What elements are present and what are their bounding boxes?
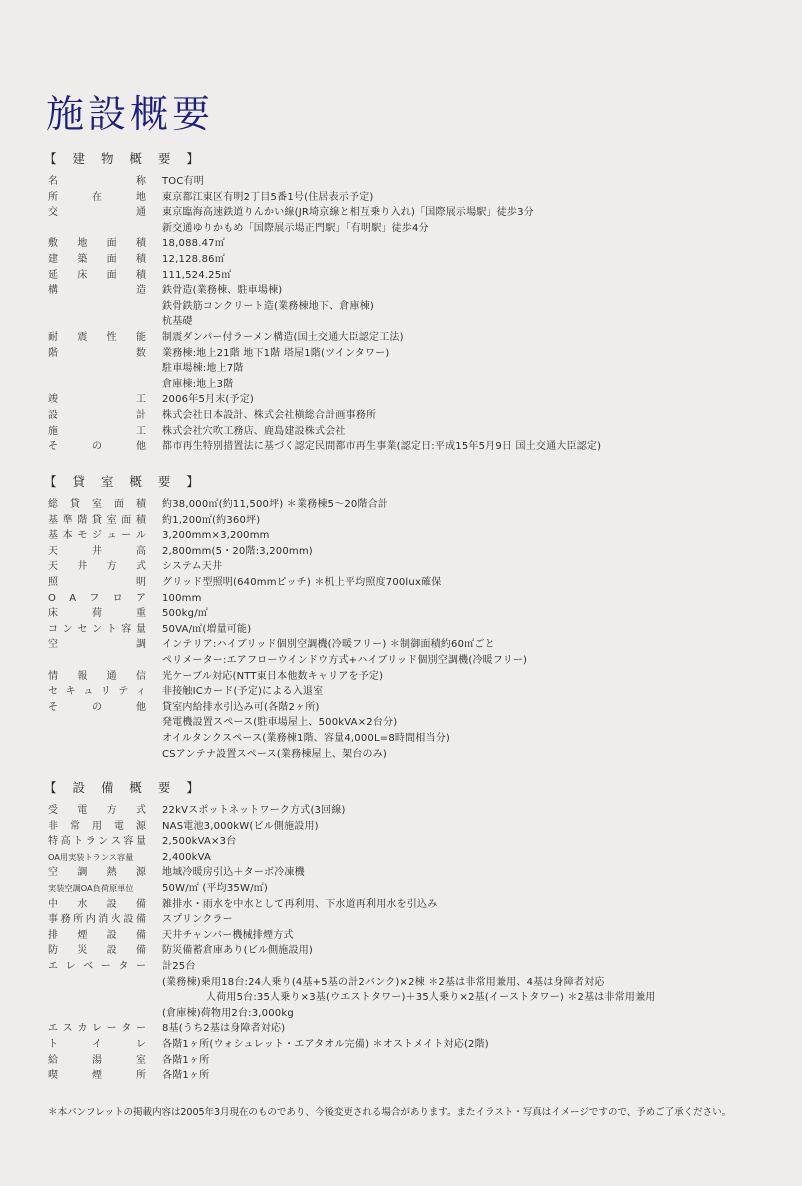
spec-label-char: 設 <box>107 897 117 913</box>
spec-label: OAフロア <box>44 591 146 607</box>
spec-label: 基準階貸室面積 <box>44 513 146 529</box>
spec-label-char: ジ <box>92 528 102 544</box>
spec-value: 株式会社日本設計、株式会社槇総合計画事務所 <box>162 408 376 424</box>
spec-label-char: 積 <box>136 268 146 284</box>
spec-label: 受電方式 <box>44 803 146 819</box>
spec-label-char: 面 <box>107 252 117 268</box>
spec-label-char: ル <box>136 528 146 544</box>
spec-label-char: 電 <box>77 803 87 819</box>
spec-label-char: 交 <box>48 205 58 221</box>
spec-label-text: OA用実装トランス容量 <box>48 850 133 866</box>
spec-label: OA用実装トランス容量 <box>44 850 146 866</box>
spec-label-char: コ <box>48 622 58 638</box>
spec-values: 2,400kVA <box>162 850 211 866</box>
spec-label: 照明 <box>44 575 146 591</box>
footnote-disclaimer: ＊本パンフレットの掲載内容は2005年3月現在のものであり、今後変更される場合が… <box>48 1104 731 1118</box>
spec-label-char: 式 <box>136 803 146 819</box>
spec-label-char: 計 <box>136 408 146 424</box>
spec-label-char: 築 <box>77 252 87 268</box>
spec-row: エスカレーター8基(うち2基は身障者対応) <box>44 1021 784 1037</box>
spec-value: 都市再生特別措置法に基づく認定民間都市再生事業(認定日:平成15年5月9日 国土… <box>162 439 601 455</box>
spec-values: 東京都江東区有明2丁目5番1号(住居表示予定) <box>162 190 374 206</box>
spec-row: コンセント容量50VA/㎡(増量可能) <box>44 622 784 638</box>
spec-values: 非接触ICカード(予定)による入退室 <box>162 684 323 700</box>
spec-label-char: 源 <box>136 819 146 835</box>
spec-values: NAS電池3,000kW(ビル側施設用) <box>162 819 319 835</box>
spec-label-char: 火 <box>111 912 121 928</box>
spec-label-char: ー <box>136 959 146 975</box>
spec-label-char: 内 <box>86 912 96 928</box>
spec-values: 約38,000㎡(約11,500坪) ＊業務棟5〜20階合計 <box>162 497 388 513</box>
spec-value: 計25台 <box>162 959 656 975</box>
spec-label-char: 室 <box>107 513 117 529</box>
spec-label-char: ュ <box>107 528 117 544</box>
spec-value: 2,500kVA×3台 <box>162 834 236 850</box>
spec-values: 業務棟:地上21階 地下1階 塔屋1階(ツインタワー)駐車場棟:地上7階倉庫棟:… <box>162 346 389 393</box>
spec-label-char: ー <box>107 1021 117 1037</box>
spec-value: 2,400kVA <box>162 850 211 866</box>
spec-row: 特高トランス容量2,500kVA×3台 <box>44 834 784 850</box>
spec-label-char: 設 <box>48 408 58 424</box>
spec-label: 床荷重 <box>44 606 146 622</box>
spec-label-char: 調 <box>136 637 146 653</box>
spec-value: 天井チャンバー機械排煙方式 <box>162 928 294 944</box>
spec-label-char: 所 <box>73 912 83 928</box>
spec-label-char: 容 <box>123 834 133 850</box>
spec-table: 名称TOC有明所在地東京都江東区有明2丁目5番1号(住居表示予定)交通東京臨海高… <box>44 174 784 455</box>
spec-row: 基準階貸室面積約1,200㎡(約360坪) <box>44 513 784 529</box>
spec-value: 各階1ヶ所 <box>162 1053 209 1069</box>
spec-value: 雑排水・雨水を中水として再利用、下水道再利用水を引込み <box>162 897 437 913</box>
spec-label-char: セ <box>48 684 58 700</box>
spec-label-char: 高 <box>136 544 146 560</box>
spec-label-char: 非 <box>48 819 58 835</box>
spec-row: 防災設備防災備蓄倉庫あり(ビル側施設用) <box>44 943 784 959</box>
spec-value: 3,200mm×3,200mm <box>162 528 270 544</box>
spec-label-char: 水 <box>77 897 87 913</box>
spec-label-char: 工 <box>136 392 146 408</box>
spec-row: その他都市再生特別措置法に基づく認定民間都市再生事業(認定日:平成15年5月9日… <box>44 439 784 455</box>
spec-label-char: 井 <box>77 559 87 575</box>
spec-label-char: ン <box>63 622 73 638</box>
spec-label-char: 建 <box>48 252 58 268</box>
spec-values: 8基(うち2基は身障者対応) <box>162 1021 285 1037</box>
spec-label-char: 設 <box>107 943 117 959</box>
spec-label-char: 耐 <box>48 330 58 346</box>
spec-label-char: 煙 <box>92 1068 102 1084</box>
spec-value: TOC有明 <box>162 174 204 190</box>
spec-row: 照明グリッド型照明(640mmピッチ) ＊机上平均照度700lux確保 <box>44 575 784 591</box>
section-heading: 【 貸 室 概 要 】 <box>44 473 784 491</box>
spec-label-char: 準 <box>63 513 73 529</box>
spec-label: 事務所内消火設備 <box>44 912 146 928</box>
spec-value: 鉄骨鉄筋コンクリート造(業務棟地下、倉庫棟) <box>162 299 374 315</box>
spec-label: 施工 <box>44 424 146 440</box>
spec-label: 天井方式 <box>44 559 146 575</box>
spec-label-char: そ <box>48 700 58 716</box>
spec-label-char: 他 <box>136 439 146 455</box>
spec-label-char: ベ <box>83 959 93 975</box>
spec-label-char: レ <box>66 959 76 975</box>
spec-label: 設計 <box>44 408 146 424</box>
spec-values: 地域冷暖房引込＋ターボ冷凍機 <box>162 865 305 881</box>
spec-label-char: 地 <box>77 236 87 252</box>
spec-row: 中水設備雑排水・雨水を中水として再利用、下水道再利用水を引込み <box>44 897 784 913</box>
spec-values: 111,524.25㎡ <box>162 268 231 284</box>
spec-label-char: 備 <box>136 897 146 913</box>
spec-values: 株式会社日本設計、株式会社槇総合計画事務所 <box>162 408 376 424</box>
spec-label: 交通 <box>44 205 146 221</box>
spec-value: 非接触ICカード(予定)による入退室 <box>162 684 323 700</box>
spec-label-char: モ <box>77 528 87 544</box>
spec-row: 非常用電源NAS電池3,000kW(ビル側施設用) <box>44 819 784 835</box>
spec-label-char: 空 <box>48 637 58 653</box>
spec-label-char: フ <box>89 591 99 607</box>
spec-row: 設計株式会社日本設計、株式会社槇総合計画事務所 <box>44 408 784 424</box>
section-building-overview: 【 建 物 概 要 】 名称TOC有明所在地東京都江東区有明2丁目5番1号(住居… <box>44 150 784 455</box>
spec-value: ペリメーター:エアフローウインドウ方式+ハイブリッド個別空調機(冷暖フリー) <box>162 653 527 669</box>
spec-value: 111,524.25㎡ <box>162 268 231 284</box>
spec-label-char: 特 <box>48 834 58 850</box>
spec-value: 地域冷暖房引込＋ターボ冷凍機 <box>162 865 305 881</box>
spec-label-char: ー <box>136 1021 146 1037</box>
spec-row: 床荷重500kg/㎡ <box>44 606 784 622</box>
spec-value: 東京臨海高速鉄道りんかい線(JR埼京線と相互乗り入れ)「国際展示場駅」徒歩3分 <box>162 205 534 221</box>
spec-values: 各階1ヶ所(ウォシュレット・エアタオル完備) ＊オストメイト対応(2階) <box>162 1037 489 1053</box>
spec-label-char: 常 <box>70 819 80 835</box>
spec-row: 情報通信光ケーブル対応(NTT東日本他数キャリアを予定) <box>44 669 784 685</box>
spec-label-char: ト <box>107 622 117 638</box>
spec-label-char: 量 <box>136 622 146 638</box>
spec-label-char: 容 <box>121 622 131 638</box>
spec-label-char: 本 <box>63 528 73 544</box>
spec-label-char: 基 <box>48 528 58 544</box>
spec-row: 空調熱源地域冷暖房引込＋ターボ冷凍機 <box>44 865 784 881</box>
spec-row: 階数業務棟:地上21階 地下1階 塔屋1階(ツインタワー)駐車場棟:地上7階倉庫… <box>44 346 784 393</box>
section-rental-space-overview: 【 貸 室 概 要 】 総貸室面積約38,000㎡(約11,500坪) ＊業務棟… <box>44 473 784 762</box>
spec-label-char: A <box>69 591 76 607</box>
section-equipment-overview: 【 設 備 概 要 】 受電方式22kVスポットネットワーク方式(3回線)非常用… <box>44 779 784 1084</box>
spec-value: 株式会社穴吹工務店、鹿島建設株式会社 <box>162 424 346 440</box>
spec-label: 情報通信 <box>44 669 146 685</box>
spec-label-char: 延 <box>48 268 58 284</box>
spec-label-char: 電 <box>114 819 124 835</box>
spec-label-char: 所 <box>136 1068 146 1084</box>
spec-label-char: 設 <box>123 912 133 928</box>
spec-values: 50W/㎡ (平均35W/㎡) <box>162 881 268 897</box>
spec-label-char: 備 <box>136 912 146 928</box>
spec-value: グリッド型照明(640mmピッチ) ＊机上平均照度700lux確保 <box>162 575 441 591</box>
spec-value: オイルタンクスペース(業務棟1階、容量4,000L=8時間相当分) <box>162 731 450 747</box>
spec-label: エスカレーター <box>44 1021 146 1037</box>
spec-label-char: 空 <box>48 865 58 881</box>
spec-label-char: 数 <box>136 346 146 362</box>
spec-label-char: 調 <box>77 865 87 881</box>
spec-label-char: 重 <box>136 606 146 622</box>
spec-label-char: 高 <box>61 834 71 850</box>
spec-row: 天井方式システム天井 <box>44 559 784 575</box>
spec-label-char: 方 <box>107 803 117 819</box>
spec-label-char: 竣 <box>48 392 58 408</box>
spec-label-char: 防 <box>48 943 58 959</box>
spec-value: 約38,000㎡(約11,500坪) ＊業務棟5〜20階合計 <box>162 497 388 513</box>
spec-label-char: レ <box>136 1037 146 1053</box>
spec-values: 株式会社穴吹工務店、鹿島建設株式会社 <box>162 424 346 440</box>
spec-values: TOC有明 <box>162 174 204 190</box>
spec-value: 8基(うち2基は身障者対応) <box>162 1021 285 1037</box>
spec-label-char: セ <box>77 622 87 638</box>
section-heading: 【 建 物 概 要 】 <box>44 150 784 168</box>
spec-label: 竣工 <box>44 392 146 408</box>
spec-label: 防災設備 <box>44 943 146 959</box>
spec-label-char: 事 <box>48 912 58 928</box>
spec-row: 事務所内消火設備スプリンクラー <box>44 912 784 928</box>
spec-label-text: 実装空調OA負荷原単位 <box>48 881 134 897</box>
spec-row: 名称TOC有明 <box>44 174 784 190</box>
spec-values: スプリンクラー <box>162 912 233 928</box>
spec-label-char: 用 <box>92 819 102 835</box>
spec-label-char: ス <box>111 834 121 850</box>
spec-label-char: 給 <box>48 1053 58 1069</box>
spec-label-char: 方 <box>107 559 117 575</box>
spec-label-char: 地 <box>136 190 146 206</box>
spec-label-char: 積 <box>136 513 146 529</box>
spec-label-char: 施 <box>48 424 58 440</box>
spec-label-char: 階 <box>48 346 58 362</box>
spec-label-char: 設 <box>107 928 117 944</box>
spec-label: 非常用電源 <box>44 819 146 835</box>
spec-label: 延床面積 <box>44 268 146 284</box>
spec-label: 特高トランス容量 <box>44 834 146 850</box>
spec-label-char: 源 <box>136 865 146 881</box>
spec-label-char: 性 <box>107 330 117 346</box>
spec-label-char: 荷 <box>92 606 102 622</box>
spec-values: 貸室内給排水引込み可(各階2ヶ所)発電機設置スペース(駐車場屋上、500kVA×… <box>162 700 450 762</box>
spec-label: 喫煙所 <box>44 1068 146 1084</box>
spec-label-char: 面 <box>107 236 117 252</box>
spec-label-char: 災 <box>77 943 87 959</box>
spec-row: 空調インテリア:ハイブリッド個別空調機(冷暖フリー) ＊制御面積約60㎡ごとペリ… <box>44 637 784 668</box>
spec-label: トイレ <box>44 1037 146 1053</box>
spec-values: 各階1ヶ所 <box>162 1068 209 1084</box>
spec-label-char: O <box>48 591 56 607</box>
spec-value: 制震ダンパー付ラーメン構造(国土交通大臣認定工法) <box>162 330 404 346</box>
spec-values: 2006年5月末(予定) <box>162 392 254 408</box>
spec-values: グリッド型照明(640mmピッチ) ＊机上平均照度700lux確保 <box>162 575 441 591</box>
spec-label-char: タ <box>121 1021 131 1037</box>
spec-label-char: 床 <box>77 268 87 284</box>
spec-label-char: 受 <box>48 803 58 819</box>
spec-values: 鉄骨造(業務棟、駐車場棟)鉄骨鉄筋コンクリート造(業務棟地下、倉庫棟)杭基礎 <box>162 283 374 330</box>
spec-value: CSアンテナ設置スペース(業務棟屋上、架台のみ) <box>162 747 450 763</box>
spec-label-char: 面 <box>114 497 124 513</box>
spec-label: 名称 <box>44 174 146 190</box>
spec-value: 光ケーブル対応(NTT東日本他数キャリアを予定) <box>162 669 383 685</box>
spec-value: スプリンクラー <box>162 912 233 928</box>
spec-label-char: ー <box>101 959 111 975</box>
spec-values: システム天井 <box>162 559 222 575</box>
spec-label: 給湯室 <box>44 1053 146 1069</box>
spec-value: 18,088.47㎡ <box>162 236 225 252</box>
spec-row: 受電方式22kVスポットネットワーク方式(3回線) <box>44 803 784 819</box>
spec-value: 駐車場棟:地上7階 <box>162 361 389 377</box>
spec-row: 喫煙所各階1ヶ所 <box>44 1068 784 1084</box>
spec-label-char: 喫 <box>48 1068 58 1084</box>
spec-label: 天井高 <box>44 544 146 560</box>
spec-value: 50W/㎡ (平均35W/㎡) <box>162 881 268 897</box>
spec-label-char: 構 <box>48 283 58 299</box>
spec-values: インテリア:ハイブリッド個別空調機(冷暖フリー) ＊制御面積約60㎡ごとペリメー… <box>162 637 527 668</box>
spec-row: 交通東京臨海高速鉄道りんかい線(JR埼京線と相互乗り入れ)「国際展示場駅」徒歩3… <box>44 205 784 236</box>
spec-label-char: 備 <box>136 928 146 944</box>
spec-values: 50VA/㎡(増量可能) <box>162 622 251 638</box>
spec-label-char: そ <box>48 439 58 455</box>
spec-row: その他貸室内給排水引込み可(各階2ヶ所)発電機設置スペース(駐車場屋上、500k… <box>44 700 784 762</box>
spec-row: 天井高2,800mm(5・20階:3,200mm) <box>44 544 784 560</box>
spec-row: 構造鉄骨造(業務棟、駐車場棟)鉄骨鉄筋コンクリート造(業務棟地下、倉庫棟)杭基礎 <box>44 283 784 330</box>
spec-label-char: ト <box>48 1037 58 1053</box>
spec-label-char: イ <box>92 1037 102 1053</box>
spec-values: 天井チャンバー機械排煙方式 <box>162 928 294 944</box>
spec-label-char: ー <box>121 528 131 544</box>
spec-values: 雑排水・雨水を中水として再利用、下水道再利用水を引込み <box>162 897 437 913</box>
spec-label-char: タ <box>118 959 128 975</box>
spec-row: 施工株式会社穴吹工務店、鹿島建設株式会社 <box>44 424 784 440</box>
spec-row: OAフロア100mm <box>44 591 784 607</box>
spec-row: 排煙設備天井チャンバー機械排煙方式 <box>44 928 784 944</box>
spec-value: 人荷用5台:35人乗り×3基(ウエストタワー)＋35人乗り×2基(イーストタワー… <box>162 990 656 1006</box>
spec-label-char: ン <box>92 622 102 638</box>
spec-label-char: リ <box>101 684 111 700</box>
spec-value: 2006年5月末(予定) <box>162 392 254 408</box>
spec-value: インテリア:ハイブリッド個別空調機(冷暖フリー) ＊制御面積約60㎡ごと <box>162 637 527 653</box>
spec-values: 各階1ヶ所 <box>162 1053 209 1069</box>
spec-label-char: ン <box>98 834 108 850</box>
spec-label: 総貸室面積 <box>44 497 146 513</box>
spec-value: 鉄骨造(業務棟、駐車場棟) <box>162 283 374 299</box>
spec-value: 22kVスポットネットワーク方式(3回線) <box>162 803 346 819</box>
spec-label-char: エ <box>48 1021 58 1037</box>
spec-label-char: 在 <box>92 190 102 206</box>
spec-values: 500kg/㎡ <box>162 606 208 622</box>
spec-value: 貸室内給排水引込み可(各階2ヶ所) <box>162 700 450 716</box>
spec-value: 業務棟:地上21階 地下1階 塔屋1階(ツインタワー) <box>162 346 389 362</box>
spec-label: エレベーター <box>44 959 146 975</box>
spec-label-char: ロ <box>113 591 123 607</box>
spec-value: 新交通ゆりかもめ「国際展示場正門駅」「有明駅」徒歩4分 <box>162 221 534 237</box>
spec-value: 発電機設置スペース(駐車場屋上、500kVA×2台分) <box>162 715 450 731</box>
spec-label-char: テ <box>118 684 128 700</box>
spec-values: 防災備蓄倉庫あり(ビル側施設用) <box>162 943 313 959</box>
spec-label-char: 信 <box>136 669 146 685</box>
spec-row: 延床面積111,524.25㎡ <box>44 268 784 284</box>
spec-label-char: 照 <box>48 575 58 591</box>
spec-label-char: ス <box>63 1021 73 1037</box>
spec-label-char: 工 <box>136 424 146 440</box>
spec-label: 階数 <box>44 346 146 362</box>
spec-label-char: 室 <box>136 1053 146 1069</box>
spec-label-char: 湯 <box>92 1053 102 1069</box>
spec-label-char: キ <box>66 684 76 700</box>
spec-label: 敷地面積 <box>44 236 146 252</box>
spec-values: 2,500kVA×3台 <box>162 834 236 850</box>
spec-label-char: 貸 <box>92 513 102 529</box>
spec-label-char: 積 <box>136 236 146 252</box>
spec-label: その他 <box>44 439 146 455</box>
spec-label-char: 震 <box>77 330 87 346</box>
spec-label: 基本モジュール <box>44 528 146 544</box>
spec-label-char: ア <box>136 591 146 607</box>
spec-label-char: 階 <box>77 513 87 529</box>
spec-label-char: 所 <box>48 190 58 206</box>
spec-value: 約1,200㎡(約360坪) <box>162 513 260 529</box>
spec-row: トイレ各階1ヶ所(ウォシュレット・エアタオル完備) ＊オストメイト対応(2階) <box>44 1037 784 1053</box>
spec-value: (業務棟)乗用18台:24人乗り(4基+5基の計2バンク)×2棟 ＊2基は非常用… <box>162 975 656 991</box>
spec-label-char: 備 <box>136 943 146 959</box>
spec-label-char: 通 <box>136 205 146 221</box>
spec-label-char: 名 <box>48 174 58 190</box>
spec-value: 各階1ヶ所(ウォシュレット・エアタオル完備) ＊オストメイト対応(2階) <box>162 1037 489 1053</box>
spec-label-char: 貸 <box>70 497 80 513</box>
spec-label-char: 面 <box>107 268 117 284</box>
facility-overview-page: 施設概要 【 建 物 概 要 】 名称TOC有明所在地東京都江東区有明2丁目5番… <box>0 0 802 1186</box>
spec-value: システム天井 <box>162 559 222 575</box>
spec-label-char: 明 <box>136 575 146 591</box>
spec-value: 12,128.86㎡ <box>162 252 225 268</box>
spec-row: 所在地東京都江東区有明2丁目5番1号(住居表示予定) <box>44 190 784 206</box>
spec-row: 耐震性能制震ダンパー付ラーメン構造(国土交通大臣認定工法) <box>44 330 784 346</box>
spec-label: 耐震性能 <box>44 330 146 346</box>
spec-value: 杭基礎 <box>162 314 374 330</box>
spec-value: 各階1ヶ所 <box>162 1068 209 1084</box>
spec-value: (倉庫棟)荷物用2台:3,000kg <box>162 1006 656 1022</box>
spec-label: 排煙設備 <box>44 928 146 944</box>
spec-label-char: 熱 <box>107 865 117 881</box>
spec-label: 実装空調OA負荷原単位 <box>44 881 146 897</box>
spec-label-char: 積 <box>136 252 146 268</box>
spec-label: 建築面積 <box>44 252 146 268</box>
spec-value: 倉庫棟:地上3階 <box>162 377 389 393</box>
spec-label-char: 天 <box>48 544 58 560</box>
spec-label-char: 報 <box>77 669 87 685</box>
spec-label-char: 床 <box>48 606 58 622</box>
spec-row: 実装空調OA負荷原単位50W/㎡ (平均35W/㎡) <box>44 881 784 897</box>
spec-label-char: 総 <box>48 497 58 513</box>
spec-values: 12,128.86㎡ <box>162 252 225 268</box>
spec-label: セキュリティ <box>44 684 146 700</box>
spec-value: 50VA/㎡(増量可能) <box>162 622 251 638</box>
spec-table: 総貸室面積約38,000㎡(約11,500坪) ＊業務棟5〜20階合計基準階貸室… <box>44 497 784 762</box>
spec-values: 制震ダンパー付ラーメン構造(国土交通大臣認定工法) <box>162 330 404 346</box>
spec-row: 基本モジュール3,200mm×3,200mm <box>44 528 784 544</box>
spec-value: NAS電池3,000kW(ビル側施設用) <box>162 819 319 835</box>
spec-label: 構造 <box>44 283 146 299</box>
spec-label: その他 <box>44 700 146 716</box>
spec-label-char: 情 <box>48 669 58 685</box>
spec-row: 給湯室各階1ヶ所 <box>44 1053 784 1069</box>
spec-table: 受電方式22kVスポットネットワーク方式(3回線)非常用電源NAS電池3,000… <box>44 803 784 1084</box>
spec-label: コンセント容量 <box>44 622 146 638</box>
spec-label-char: 消 <box>98 912 108 928</box>
spec-row: 竣工2006年5月末(予定) <box>44 392 784 408</box>
spec-label-char: 称 <box>136 174 146 190</box>
spec-label-char: 能 <box>136 330 146 346</box>
spec-row: 総貸室面積約38,000㎡(約11,500坪) ＊業務棟5〜20階合計 <box>44 497 784 513</box>
spec-values: 3,200mm×3,200mm <box>162 528 270 544</box>
spec-label-char: 中 <box>48 897 58 913</box>
spec-label-char: レ <box>92 1021 102 1037</box>
spec-value: 防災備蓄倉庫あり(ビル側施設用) <box>162 943 313 959</box>
